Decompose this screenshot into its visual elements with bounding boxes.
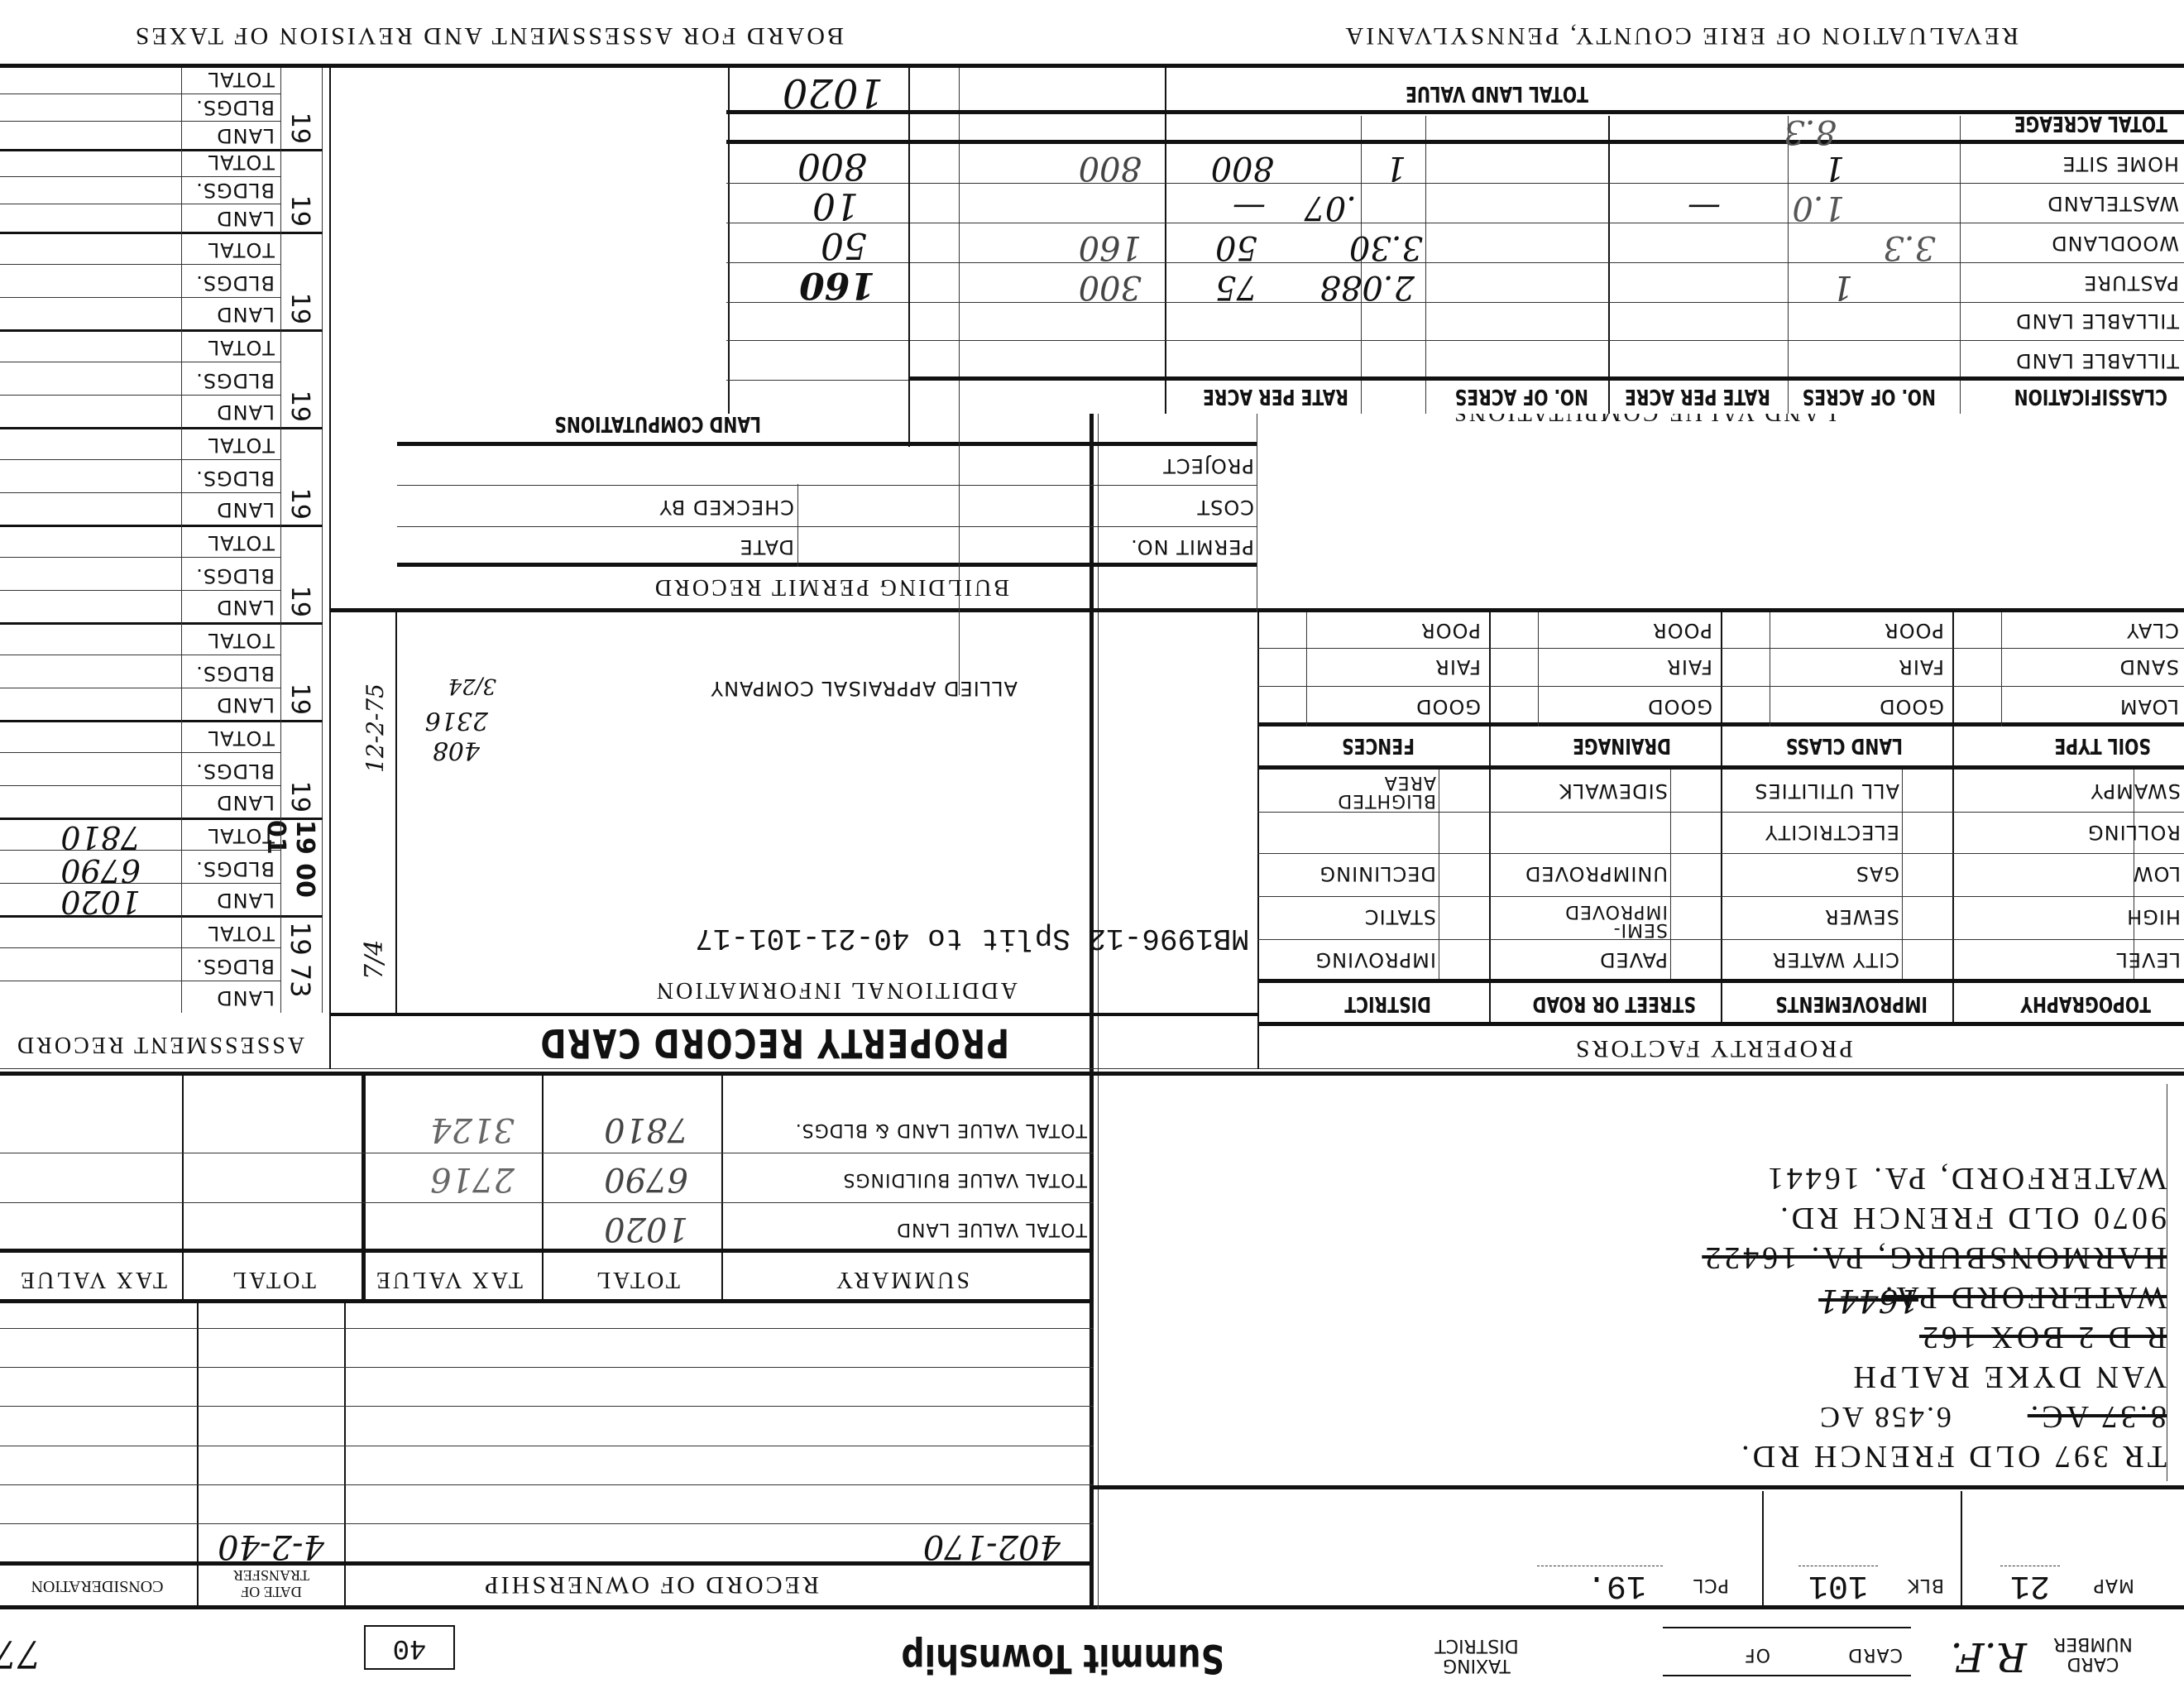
homesite-total-1: 800 <box>1079 149 1142 187</box>
acres-col-1: NO. OF ACRES <box>1803 384 1936 409</box>
margin-note: 3/24 <box>448 674 496 698</box>
address-line: WATERFORD, PA. 16441 <box>1765 1160 2167 1196</box>
record-card-title-bar: PROPERTY RECORD CARD <box>331 1013 1257 1069</box>
class-pasture: PASTURE <box>2083 271 2179 295</box>
acreage-table: CLASSIFICATION NO. OF ACRES RATE PER ACR… <box>910 68 2184 414</box>
assessment-year: 19 <box>285 391 314 422</box>
factor-sidewalk: SIDEWALK <box>1559 779 1668 803</box>
side-note: 7/4 <box>360 940 389 980</box>
card-number-label: CARD NUMBER <box>2043 1633 2143 1673</box>
address-line-struck: 8.37 AC. <box>2028 1398 2167 1435</box>
assessment-year-block: 19 LAND BLDGS. TOTAL <box>0 720 323 818</box>
blk-label: BLK <box>1907 1575 1944 1595</box>
acreage-total-column: 160 50 10 800 1020 <box>728 68 910 414</box>
summary-grand-tax: 3124 <box>430 1110 515 1149</box>
pasture-acres-2: 2.088 <box>1319 268 1415 306</box>
assessment-year-block: 19 LAND BLDGS. TOTAL <box>0 622 323 720</box>
factor-header-topography: TOPOGRAPHY <box>2020 991 2151 1016</box>
side-notes-column: 7/4 12-2-75 <box>331 611 397 1013</box>
soil-clay: CLAY <box>2126 619 2179 642</box>
factor-sewer: SEWER <box>1824 905 1899 928</box>
drainage-fair: FAIR <box>1666 655 1712 679</box>
consideration-header: CONSIDERATION <box>0 1576 194 1595</box>
assessment-total-value: 7810 <box>60 819 141 856</box>
additional-info-title: ADDITIONAL INFORMATION <box>654 976 1018 1003</box>
classification-header-row: CLASSIFICATION <box>2014 384 2167 409</box>
summary-total-header-2: TOTAL <box>230 1266 316 1292</box>
township-name: Summit Township <box>901 1635 1224 1681</box>
row-label-bldgs: BLDGS. <box>195 857 275 880</box>
assessment-year-block: 19 LAND BLDGS. TOTAL <box>0 427 323 525</box>
assessment-year: 19 <box>285 781 314 813</box>
card-label: CARD <box>1847 1644 1903 1665</box>
assessment-year-block: 19 00 01 LAND BLDGS. TOTAL 1020 6790 781… <box>0 818 323 915</box>
factor-static: STATIC <box>1364 905 1436 928</box>
summary-tax-header: TAX VALUE <box>374 1266 523 1292</box>
pcl-cell: PCL 19. <box>1100 1491 1762 1607</box>
assessment-record-table: 19 73 LAND BLDGS. TOTAL 19 00 01 LAND BL… <box>0 66 323 1013</box>
fences-fair: FAIR <box>1434 655 1481 679</box>
row-label-land: LAND <box>216 400 275 424</box>
row-label-land: LAND <box>216 207 275 230</box>
summary-bldgs-tax: 2716 <box>430 1160 515 1198</box>
wasteland-rate-1: — <box>1688 189 1721 227</box>
assessment-year: 19 <box>285 113 314 144</box>
land-class-poor: POOR <box>1884 619 1944 642</box>
row-label-total: TOTAL <box>208 727 275 750</box>
property-factors-title: PROPERTY FACTORS <box>1573 1034 1853 1062</box>
row-label-bldgs: BLDGS. <box>195 96 275 119</box>
additional-info-box: ADDITIONAL INFORMATION MB1996-12 Split t… <box>397 611 1257 1013</box>
assessment-year: 19 <box>285 683 314 715</box>
taxing-district-label: TAXING DISTRICT <box>1423 1635 1530 1675</box>
card-of-box: CARD OF <box>1663 1627 1911 1676</box>
homesite-acres-2: 1 <box>1386 149 1406 187</box>
row-label-bldgs: BLDGS. <box>195 662 275 685</box>
assessment-year-block: 19 LAND BLDGS. TOTAL <box>0 525 323 622</box>
assessment-year: 19 <box>285 488 314 520</box>
blk-cell: BLK 101 <box>1762 1491 1961 1607</box>
row-label-bldgs: BLDGS. <box>195 271 275 295</box>
factor-rolling: ROLLING <box>2087 821 2181 844</box>
assessment-year-block: 19 LAND BLDGS. TOTAL <box>0 149 323 232</box>
row-label-total: TOTAL <box>208 531 275 554</box>
assessment-year-block: 19 LAND BLDGS. TOTAL <box>0 232 323 329</box>
factor-unimproved: UNIMPROVED <box>1525 862 1668 885</box>
class-wasteland: WASTELAND <box>2047 192 2179 215</box>
land-class-fair: FAIR <box>1898 655 1944 679</box>
permit-checked-by-label: CHECKED BY <box>659 496 794 519</box>
rating-header-fences: FENCES <box>1342 733 1415 758</box>
row-label-land: LAND <box>216 498 275 521</box>
factor-electricity: ELECTRICITY <box>1765 821 1899 844</box>
woodland-total-2: 50 <box>821 224 867 266</box>
permit-date-label: DATE <box>740 535 794 559</box>
assessment-year: 19 73 <box>285 922 316 998</box>
summary-row-label: TOTAL VALUE LAND & BLDGS. <box>795 1120 1087 1140</box>
pasture-rate-2: 75 <box>1215 268 1257 306</box>
factor-swampy: SWAMPY <box>2091 779 2181 803</box>
row-label-land: LAND <box>216 889 275 912</box>
row-label-bldgs: BLDGS. <box>195 564 275 587</box>
owner-address-block: TR 397 OLD FRENCH RD. 8.37 AC. 6.458 AC … <box>1109 1084 2167 1481</box>
of-label: OF <box>1744 1644 1770 1665</box>
assessment-year: 19 <box>285 586 314 617</box>
row-label-bldgs: BLDGS. <box>195 955 275 978</box>
row-label-land: LAND <box>216 791 275 814</box>
factor-level: LEVEL <box>2116 948 2182 971</box>
row-label-land: LAND <box>216 596 275 619</box>
deed-book-page: 402-170 <box>923 1527 1061 1566</box>
land-computations-box <box>331 68 728 447</box>
rating-header-drainage: DRAINAGE <box>1573 733 1671 758</box>
soil-loam: LOAM <box>2119 695 2179 718</box>
row-label-land: LAND <box>216 693 275 717</box>
factor-header-street: STREET OR ROAD <box>1533 991 1696 1016</box>
row-label-total: TOTAL <box>208 434 275 457</box>
assessment-year: 19 <box>285 293 314 324</box>
card-number-value: R.F. <box>1951 1633 2027 1680</box>
map-value: 21 <box>2000 1566 2060 1604</box>
summary-row-label: TOTAL VALUE LAND <box>896 1219 1087 1240</box>
woodland-acres-2: 3.30 <box>1349 228 1423 266</box>
woodland-total-1: 160 <box>1079 228 1142 266</box>
summary-tax-header-2: TAX VALUE <box>18 1266 167 1292</box>
homesite-total-2: 800 <box>797 145 867 187</box>
factor-city-water: CITY WATER <box>1772 948 1899 971</box>
address-line-struck: WATERFORD PA. <box>1882 1279 2167 1316</box>
row-label-bldgs: BLDGS. <box>195 760 275 783</box>
factor-declining: DECLINING <box>1319 862 1436 885</box>
rate-col-1: RATE PER ACRE <box>1625 384 1770 409</box>
summary-row-label: TOTAL VALUE BUILDINGS <box>843 1169 1087 1190</box>
row-label-total: TOTAL <box>208 629 275 652</box>
woodland-rate-2: 50 <box>1215 228 1257 266</box>
map-label: MAP <box>2093 1575 2134 1595</box>
factor-blighted-area: BLIGHTED AREA <box>1337 773 1436 809</box>
class-tillable-1: TILLABLE LAND <box>2015 349 2179 372</box>
woodland-acres-1: 3.3 <box>1883 228 1936 266</box>
pasture-total-2: 160 <box>799 264 875 306</box>
row-label-total: TOTAL <box>208 336 275 359</box>
factor-improving: IMPROVING <box>1315 948 1436 971</box>
address-line-struck: R D 2 BOX 162 <box>1919 1319 2167 1355</box>
land-class-good: GOOD <box>1879 695 1944 718</box>
district-code-box: 40 <box>364 1625 455 1670</box>
soil-sand: SAND <box>2119 655 2179 679</box>
summary-grand-total: 7810 <box>604 1110 688 1149</box>
assessment-land-value: 1020 <box>60 884 141 920</box>
rate-col-2: RATE PER ACRE <box>1203 384 1348 409</box>
wasteland-acres-2: .07 <box>1304 189 1357 227</box>
side-note: 12-2-75 <box>362 683 389 773</box>
summary-total-header: TOTAL <box>594 1266 680 1292</box>
homesite-rate-2: 800 <box>1211 149 1274 187</box>
revaluation-title: REVALUATION OF ERIE COUNTY, PENNSYLVANIA <box>1343 22 2019 50</box>
pasture-acres-1: 1 <box>1832 268 1853 306</box>
class-woodland: WOODLAND <box>2051 232 2179 255</box>
rating-header-land-class: LAND CLASS <box>1786 733 1903 758</box>
address-zip-handwritten: 16441 <box>1818 1283 1918 1319</box>
owner-name: VAN DYKE RALPH <box>1850 1359 2167 1395</box>
transfer-date: 4-2-40 <box>218 1527 324 1566</box>
property-factors: PROPERTY FACTORS TOPOGRAPHY IMPROVEMENTS… <box>1257 610 2184 1069</box>
row-label-bldgs: BLDGS. <box>195 467 275 490</box>
row-label-total: TOTAL <box>208 824 275 847</box>
map-cell: MAP 21 <box>1961 1491 2184 1607</box>
row-label-land: LAND <box>216 986 275 1009</box>
row-label-total: TOTAL <box>208 238 275 261</box>
factor-header-district: DISTRICT <box>1344 991 1431 1016</box>
assessment-record-title: ASSESSMENT RECORD <box>15 1031 304 1057</box>
acres-col-2: NO. OF ACRES <box>1455 384 1588 409</box>
fences-poor: POOR <box>1420 619 1481 642</box>
total-acreage-value: 8.3 <box>1784 113 1837 151</box>
factor-header-improvements: IMPROVEMENTS <box>1775 991 1928 1016</box>
rating-header-soil: SOIL TYPE <box>2054 733 2151 758</box>
address-line: TR 397 OLD FRENCH RD. <box>1738 1438 2167 1475</box>
summary-table: SUMMARY TOTAL TAX VALUE TOTAL TAX VALUE … <box>0 1076 1094 1301</box>
assessment-bldgs-value: 6790 <box>60 852 141 889</box>
fences-good: GOOD <box>1415 695 1481 718</box>
wasteland-rate-2: — <box>1233 189 1266 227</box>
factor-semi-improved: SEMI-IMPROVED <box>1552 902 1668 938</box>
factor-high: HIGH <box>2126 905 2181 928</box>
ownership-title: RECORD OF OWNERSHIP <box>482 1571 819 1599</box>
ownership-row: 402-170 4-2-40 <box>0 1524 1094 1564</box>
total-acreage-label: TOTAL ACREAGE <box>2014 111 2167 136</box>
row-label-bldgs: BLDGS. <box>195 369 275 392</box>
property-record-card: CARD NUMBER R.F. CARD OF TAXING DISTRICT… <box>0 0 2184 1688</box>
row-label-land: LAND <box>216 124 275 147</box>
assessment-record-title-bar: ASSESSMENT RECORD <box>0 1013 331 1069</box>
date-of-transfer-header: DATE OF TRANSFER <box>202 1567 341 1600</box>
board-title: BOARD FOR ASSESSMENT AND REVISION OF TAX… <box>133 22 844 50</box>
record-card-title: PROPERTY RECORD CARD <box>539 1019 1009 1066</box>
address-acreage: 6.458 AC <box>1818 1400 1952 1435</box>
wasteland-total-2: 10 <box>812 185 859 227</box>
total-land-value-label: TOTAL LAND VALUE <box>1406 81 1588 106</box>
class-tillable-2: TILLABLE LAND <box>2015 309 2179 333</box>
factor-all-utilities: ALL UTILITIES <box>1754 779 1899 803</box>
margin-note: 2316 <box>425 706 488 735</box>
pasture-total-1: 300 <box>1079 268 1142 306</box>
address-line-struck: HARMONSBURG, PA. 16422 <box>1702 1240 2167 1276</box>
address-line: 9070 OLD FRENCH RD. <box>1777 1200 2167 1236</box>
row-label-total: TOTAL <box>208 151 275 174</box>
row-label-total: TOTAL <box>208 68 275 91</box>
row-label-bldgs: BLDGS. <box>195 179 275 202</box>
drainage-poor: POOR <box>1652 619 1712 642</box>
wasteland-acres-1: 1.0 <box>1792 189 1845 227</box>
row-label-land: LAND <box>216 303 275 326</box>
blk-value: 101 <box>1798 1566 1878 1604</box>
pcl-label: PCL <box>1693 1575 1729 1595</box>
assessment-year-block: 19 LAND BLDGS. TOTAL <box>0 329 323 427</box>
drainage-good: GOOD <box>1647 695 1712 718</box>
assessment-year: 19 <box>285 195 314 227</box>
assessment-year-block: 19 LAND BLDGS. TOTAL <box>0 66 323 149</box>
factor-gas: GAS <box>1856 862 1899 885</box>
total-land-value: 1020 <box>783 70 884 116</box>
homesite-acres-1: 1 <box>1824 149 1845 187</box>
pcl-value: 19. <box>1537 1566 1663 1604</box>
factor-low: LOW <box>2133 862 2181 885</box>
appraisal-company: ALLIED APPRAISAL COMPANY <box>711 677 1018 700</box>
class-home-site: HOME SITE <box>2062 152 2179 175</box>
summary-bldgs-total: 6790 <box>604 1160 688 1198</box>
assessment-year-block: 19 73 LAND BLDGS. TOTAL <box>0 915 323 1013</box>
additional-info-text: MB1996-12 Split to 40-21-101-17 <box>695 921 1249 955</box>
margin-note: 408 <box>433 736 480 765</box>
summary-title: SUMMARY <box>834 1266 970 1292</box>
summary-land-total: 1020 <box>604 1210 688 1248</box>
factor-paved: PAVED <box>1599 948 1668 971</box>
handwritten-number: 77 <box>0 1632 41 1676</box>
row-label-total: TOTAL <box>208 922 275 945</box>
